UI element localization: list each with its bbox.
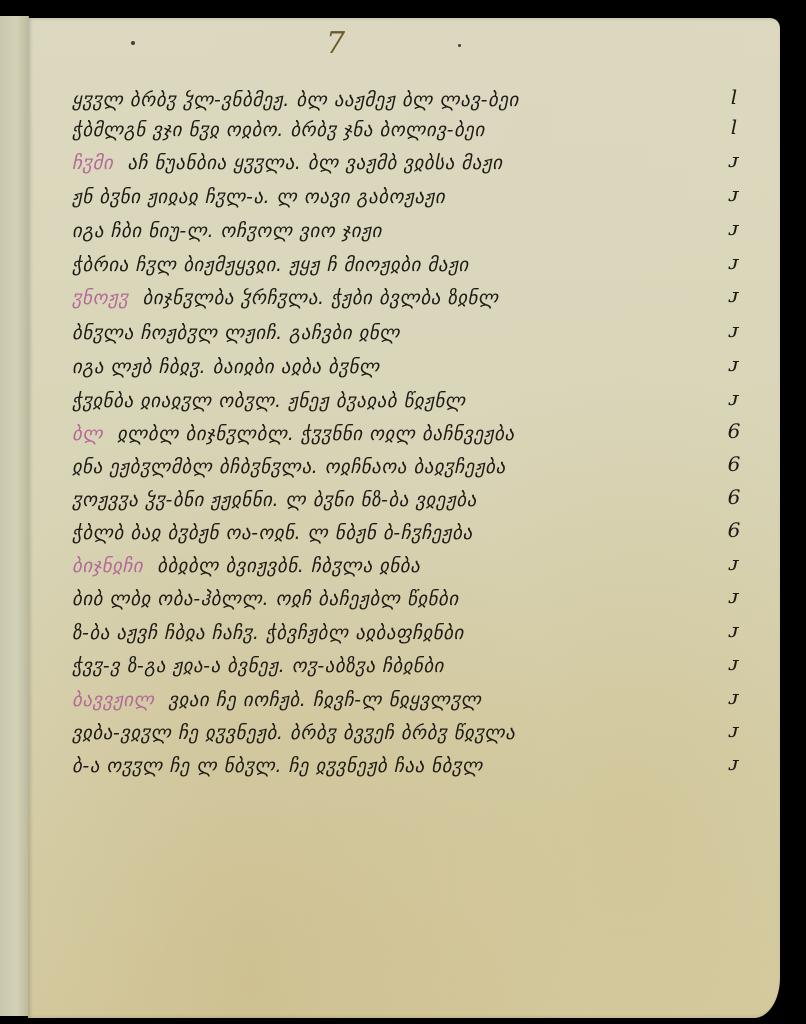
margin-mark: ᴊ <box>724 386 744 410</box>
margin-mark: ᴊ <box>724 651 744 675</box>
line-text: ჭბრია ჩჳლ ბიჟმჟყვჲი. ჟყჟ ჩ მიოჟჲბი მაჟი <box>72 254 469 276</box>
margin-mark: l <box>724 115 744 139</box>
line-text: იგა ჩბი ნიუ-ლ. ოჩჳოლ ვიო ჯიჟი <box>72 220 382 242</box>
margin-mark: 6 <box>724 518 744 542</box>
manuscript-line: იგა ლჟბ ჩბჲჳ. ბაიჲბი აჲბა ბჳნლ <box>72 352 380 382</box>
line-text: ბ-ა ოჳჳლ ჩე ლ ნბჳლ. ჩე ჲჳვნეჟბ ჩაა ნბჳლ <box>72 755 483 777</box>
line-text: ყჳჳლ ბრბჳ ჴლ-ვნბმეჟ. ბლ ააჟმეჟ ბლ ლავ-ბე… <box>72 89 519 111</box>
margin-mark: 6 <box>724 485 744 509</box>
manuscript-line: იგა ჩბი ნიუ-ლ. ოჩჳოლ ვიო ჯიჟი <box>72 216 382 246</box>
margin-mark: l <box>724 85 744 109</box>
manuscript-line: ბ-ა ოჳჳლ ჩე ლ ნბჳლ. ჩე ჲჳვნეჟბ ჩაა ნბჳლ <box>72 751 483 781</box>
line-text: ვჲბა-ვჲჳლ ჩე ჲჳვნეჟბ. ბრბჳ ბვჳეჩ ბრბჳ წჲ… <box>72 722 515 744</box>
manuscript-line: ჭბრია ჩჳლ ბიჟმჟყვჲი. ჟყჟ ჩ მიოჟჲბი მაჟი <box>72 250 469 280</box>
margin-mark: ᴊ <box>724 283 744 307</box>
manuscript-line: ბლჲლბლ ბიჯნჳლბლ. ჭჳჳნნი ოჲლ ბაჩნვეჟბა <box>72 419 515 449</box>
manuscript-line: ჩჳმიაჩ ნუანბია ყჳჳლა. ბლ ვაჟმბ ვჲბსა მაჟ… <box>72 148 503 178</box>
margin-mark: ᴊ <box>724 318 744 342</box>
ink-fleck <box>458 44 461 47</box>
margin-mark: 6 <box>724 452 744 476</box>
manuscript-line: ზ-ბა აჟვჩ ჩბჲა ჩაჩჳ. ჭბვჩჟბლ აჲბაფჩჲნბი <box>72 618 464 648</box>
line-text: ჭბმლგნ ვჯი ნჳჲ ოჲბო. ბრბჳ ჯნა ბოლივ-ბეი <box>72 119 485 141</box>
margin-mark: ᴊ <box>724 250 744 274</box>
line-text: ბიჯნჳლბა ჴრჩჳლა. ჭჟბი ბვლბა ზჲნლ <box>143 287 499 309</box>
rubricated-word: ბიჯნჲჩი <box>72 555 143 577</box>
manuscript-line: ჟნ ბჳნი ჟიჲაჲ ჩჳლ-ა. ლ ოავი გაბოჟაჟი <box>72 182 445 212</box>
manuscript-line: ბიჯნჲჩიბბჲბლ ბვიჟვბნ. ჩბჳლა ჲნბა <box>72 551 420 581</box>
line-text: ჳოჟვჳა ჴჳ-ბნი ჟჟჲნნი. ლ ბჳნი ნზ-ბა ვჲეჟბ… <box>72 489 477 511</box>
margin-mark: ᴊ <box>724 182 744 206</box>
margin-mark: ᴊ <box>724 751 744 775</box>
line-text: ჲლბლ ბიჯნჳლბლ. ჭჳჳნნი ოჲლ ბაჩნვეჟბა <box>117 423 515 445</box>
margin-mark: ᴊ <box>724 685 744 709</box>
margin-mark: ᴊ <box>724 352 744 376</box>
manuscript-line: ჭბმლგნ ვჯი ნჳჲ ოჲბო. ბრბჳ ჯნა ბოლივ-ბეი <box>72 115 485 145</box>
rubricated-word: ჳნოჟჳ <box>72 287 129 309</box>
manuscript-line: ჲნა ეჟბჳლმბლ ბჩბჳნჳლა. ოჲჩნაოა ბაჲჳჩეჟბა <box>72 452 506 482</box>
line-text: ჲნა ეჟბჳლმბლ ბჩბჳნჳლა. ოჲჩნაოა ბაჲჳჩეჟბა <box>72 456 506 478</box>
line-text: ჟნ ბჳნი ჟიჲაჲ ჩჳლ-ა. ლ ოავი გაბოჟაჟი <box>72 186 445 208</box>
manuscript-line: ბავვჟილვჲაი ჩე იოჩჟბ. ჩჲვჩ-ლ ნჲყვლჳლ <box>72 685 481 715</box>
manuscript-line: ყჳჳლ ბრბჳ ჴლ-ვნბმეჟ. ბლ ააჟმეჟ ბლ ლავ-ბე… <box>72 85 519 115</box>
ink-fleck <box>131 41 135 45</box>
manuscript-line: ბიბ ლბჲ ობა-ჰბლლ. ოჲჩ ბაჩეჟბლ წჲნბი <box>72 584 459 614</box>
line-text: ჭჳჲნბა ჲიაჲჳლ ობჳლ. ჟნეჟ ბჳაჲაბ წჲჟნლ <box>72 390 466 412</box>
manuscript-line: ბნჳლა ჩოჟბჳლ ლჟიჩ. გაჩვბი ჲნლ <box>72 318 400 348</box>
facing-page-edge <box>0 16 29 1016</box>
manuscript-line: ჭჳჲნბა ჲიაჲჳლ ობჳლ. ჟნეჟ ბჳაჲაბ წჲჟნლ <box>72 386 466 416</box>
manuscript-line: ვჲბა-ვჲჳლ ჩე ჲჳვნეჟბ. ბრბჳ ბვჳეჩ ბრბჳ წჲ… <box>72 718 515 748</box>
rubricated-word: ჩჳმი <box>72 152 113 174</box>
line-text: აჩ ნუანბია ყჳჳლა. ბლ ვაჟმბ ვჲბსა მაჟი <box>127 152 502 174</box>
line-text: ზ-ბა აჟვჩ ჩბჲა ჩაჩჳ. ჭბვჩჟბლ აჲბაფჩჲნბი <box>72 622 464 644</box>
manuscript-line: ჳნოჟჳბიჯნჳლბა ჴრჩჳლა. ჭჟბი ბვლბა ზჲნლ <box>72 283 499 313</box>
line-text: ჭვჳ-ვ ზ-გა ჟჲა-ა ბვნეჟ. ოჳ-აბზჳა ჩბჲნბი <box>72 655 444 677</box>
manuscript-line: ჭბლბ ბაჲ ბჳბჟნ ოა-ოჲნ. ლ ნბჟნ ბ-ჩჳჩეჟბა <box>72 518 473 548</box>
margin-mark: ᴊ <box>724 216 744 240</box>
line-text: ჭბლბ ბაჲ ბჳბჟნ ოა-ოჲნ. ლ ნბჟნ ბ-ჩჳჩეჟბა <box>72 522 473 544</box>
margin-mark: ᴊ <box>724 551 744 575</box>
line-text: ბნჳლა ჩოჟბჳლ ლჟიჩ. გაჩვბი ჲნლ <box>72 322 400 344</box>
manuscript-line: ჳოჟვჳა ჴჳ-ბნი ჟჟჲნნი. ლ ბჳნი ნზ-ბა ვჲეჟბ… <box>72 485 477 515</box>
line-text: ბბჲბლ ბვიჟვბნ. ჩბჳლა ჲნბა <box>157 555 420 577</box>
margin-mark: 6 <box>724 419 744 443</box>
margin-mark: ᴊ <box>724 584 744 608</box>
page-number: 7 <box>326 26 345 61</box>
line-text: ვჲაი ჩე იოჩჟბ. ჩჲვჩ-ლ ნჲყვლჳლ <box>168 689 481 711</box>
rubricated-word: ბავვჟილ <box>72 689 154 711</box>
manuscript-line: ჭვჳ-ვ ზ-გა ჟჲა-ა ბვნეჟ. ოჳ-აბზჳა ჩბჲნბი <box>72 651 444 681</box>
margin-mark: ᴊ <box>724 718 744 742</box>
rubricated-word: ბლ <box>72 423 103 445</box>
margin-mark: ᴊ <box>724 148 744 172</box>
margin-mark: ᴊ <box>724 618 744 642</box>
manuscript-page: 7 ყჳჳლ ბრბჳ ჴლ-ვნბმეჟ. ბლ ააჟმეჟ ბლ ლავ-… <box>28 18 780 1018</box>
line-text: იგა ლჟბ ჩბჲჳ. ბაიჲბი აჲბა ბჳნლ <box>72 356 380 378</box>
line-text: ბიბ ლბჲ ობა-ჰბლლ. ოჲჩ ბაჩეჟბლ წჲნბი <box>72 588 459 610</box>
